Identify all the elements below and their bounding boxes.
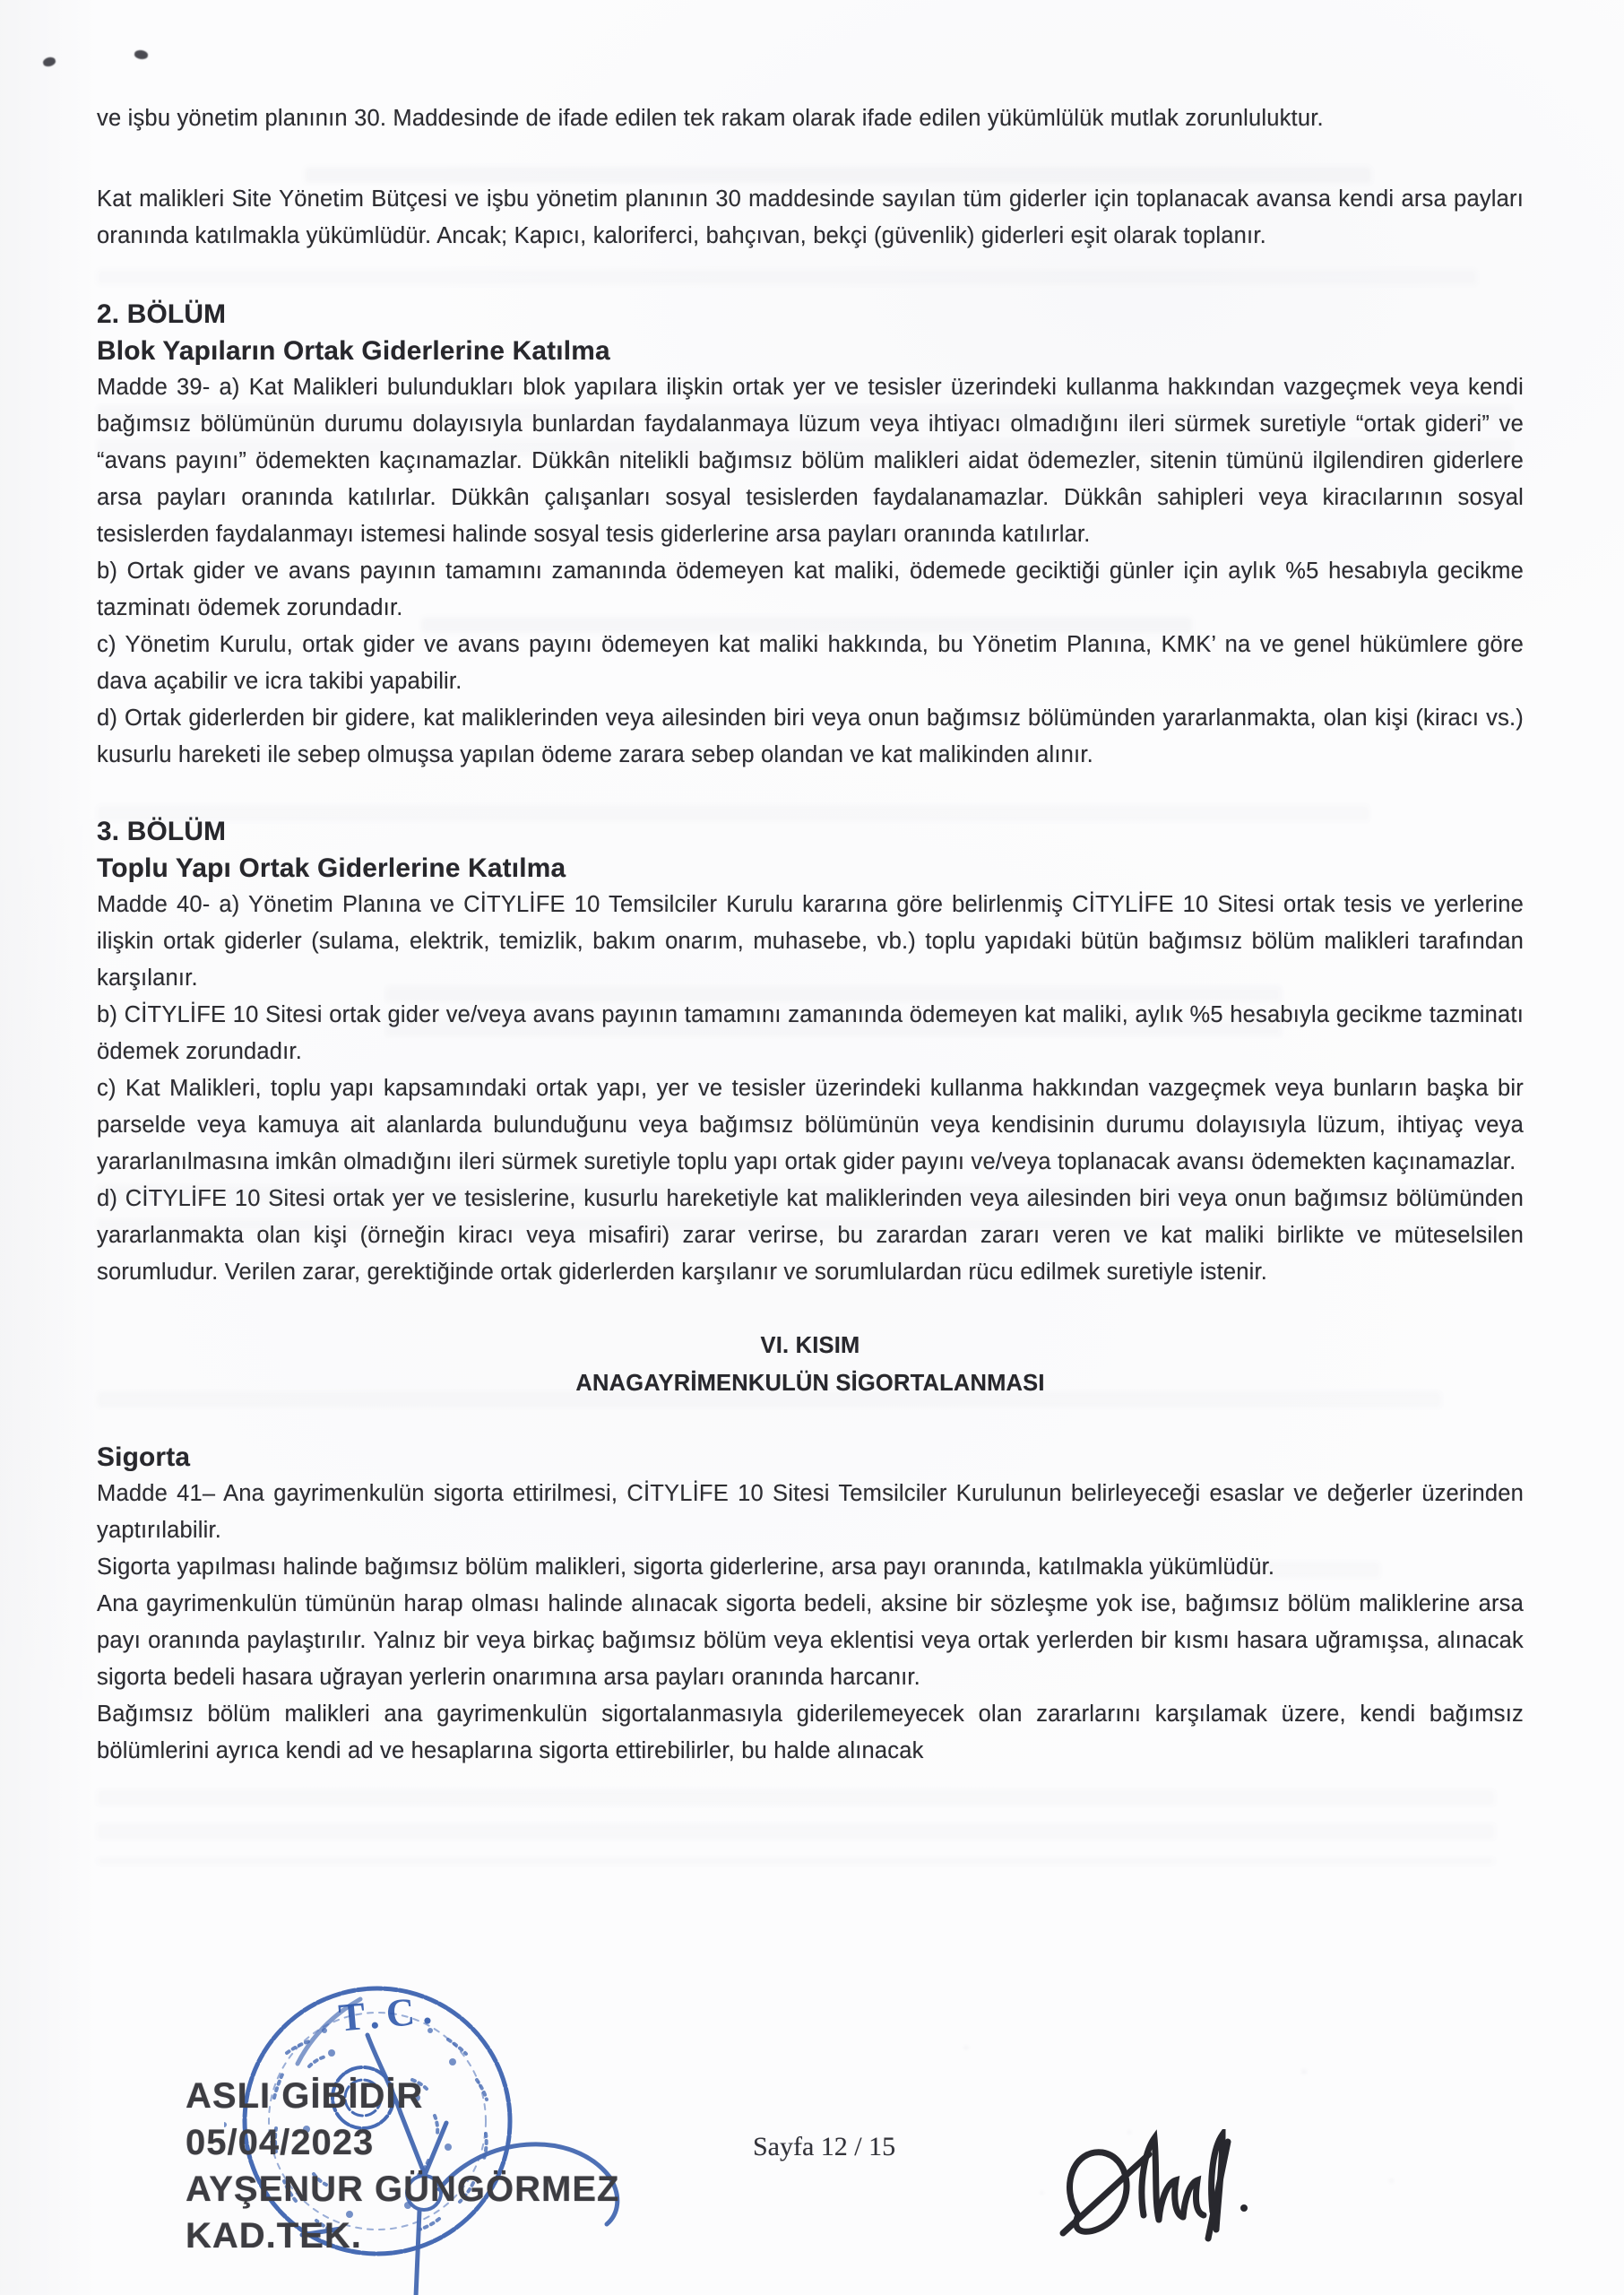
section3-subheading: Toplu Yapı Ortak Giderlerine Katılma bbox=[97, 850, 1524, 887]
page-number: Sayfa 12 / 15 bbox=[753, 2132, 895, 2162]
madde40-item-a: Madde 40- a) Yönetim Planına ve CİTYLİFE… bbox=[97, 887, 1524, 997]
sigorta-heading: Sigorta bbox=[97, 1439, 1524, 1476]
madde40-item-d: d) CİTYLİFE 10 Sitesi ortak yer ve tesis… bbox=[97, 1181, 1524, 1291]
bleedthrough-texture bbox=[97, 1789, 1495, 1865]
certification-name: AYŞENUR GÜNGÖRMEZ bbox=[186, 2166, 619, 2213]
intro-paragraph-1: ve işbu yönetim planının 30. Maddesinde … bbox=[97, 100, 1524, 137]
part6-heading: VI. KISIM ANAGAYRİMENKULÜN SİGORTALANMAS… bbox=[97, 1327, 1524, 1402]
part6-heading-line1: VI. KISIM bbox=[97, 1327, 1524, 1364]
madde40-item-b: b) CİTYLİFE 10 Sitesi ortak gider ve/vey… bbox=[97, 997, 1524, 1070]
certification-line-asli-gibidir: ASLI GİBİDİR bbox=[186, 2073, 619, 2119]
section2-heading: 2. BÖLÜM bbox=[97, 296, 1524, 333]
madde41-paragraph-1: Madde 41– Ana gayrimenkulün sigorta etti… bbox=[97, 1476, 1524, 1549]
certification-block: ASLI GİBİDİR 05/04/2023 AYŞENUR GÜNGÖRME… bbox=[186, 2073, 619, 2259]
ink-dot bbox=[134, 49, 148, 60]
section3-heading: 3. BÖLÜM bbox=[97, 813, 1524, 850]
stamp-tc-text: T.C. bbox=[337, 1988, 441, 2040]
madde41-paragraph-3: Ana gayrimenkulün tümünün harap olması h… bbox=[97, 1586, 1524, 1696]
certification-title: KAD.TEK. bbox=[186, 2213, 619, 2259]
madde41-paragraph-2: Sigorta yapılması halinde bağımsız bölüm… bbox=[97, 1549, 1524, 1586]
part6-heading-line2: ANAGAYRİMENKULÜN SİGORTALANMASI bbox=[97, 1364, 1524, 1402]
handwritten-signature bbox=[1049, 2129, 1291, 2273]
madde39-item-c: c) Yönetim Kurulu, ortak gider ve avans … bbox=[97, 627, 1524, 700]
madde39-item-d: d) Ortak giderlerden bir gidere, kat mal… bbox=[97, 700, 1524, 774]
madde41-paragraph-4: Bağımsız bölüm malikleri ana gayrimenkul… bbox=[97, 1696, 1524, 1770]
intro-paragraph-2: Kat malikleri Site Yönetim Bütçesi ve iş… bbox=[97, 181, 1524, 255]
madde39-item-a: Madde 39- a) Kat Malikleri bulundukları … bbox=[97, 369, 1524, 553]
certification-date: 05/04/2023 bbox=[186, 2119, 619, 2166]
ink-dot bbox=[42, 56, 56, 67]
madde39-item-b: b) Ortak gider ve avans payının tamamını… bbox=[97, 553, 1524, 627]
document-page: ve işbu yönetim planının 30. Maddesinde … bbox=[97, 100, 1524, 1770]
madde40-item-c: c) Kat Malikleri, toplu yapı kapsamındak… bbox=[97, 1070, 1524, 1181]
section2-subheading: Blok Yapıların Ortak Giderlerine Katılma bbox=[97, 333, 1524, 369]
